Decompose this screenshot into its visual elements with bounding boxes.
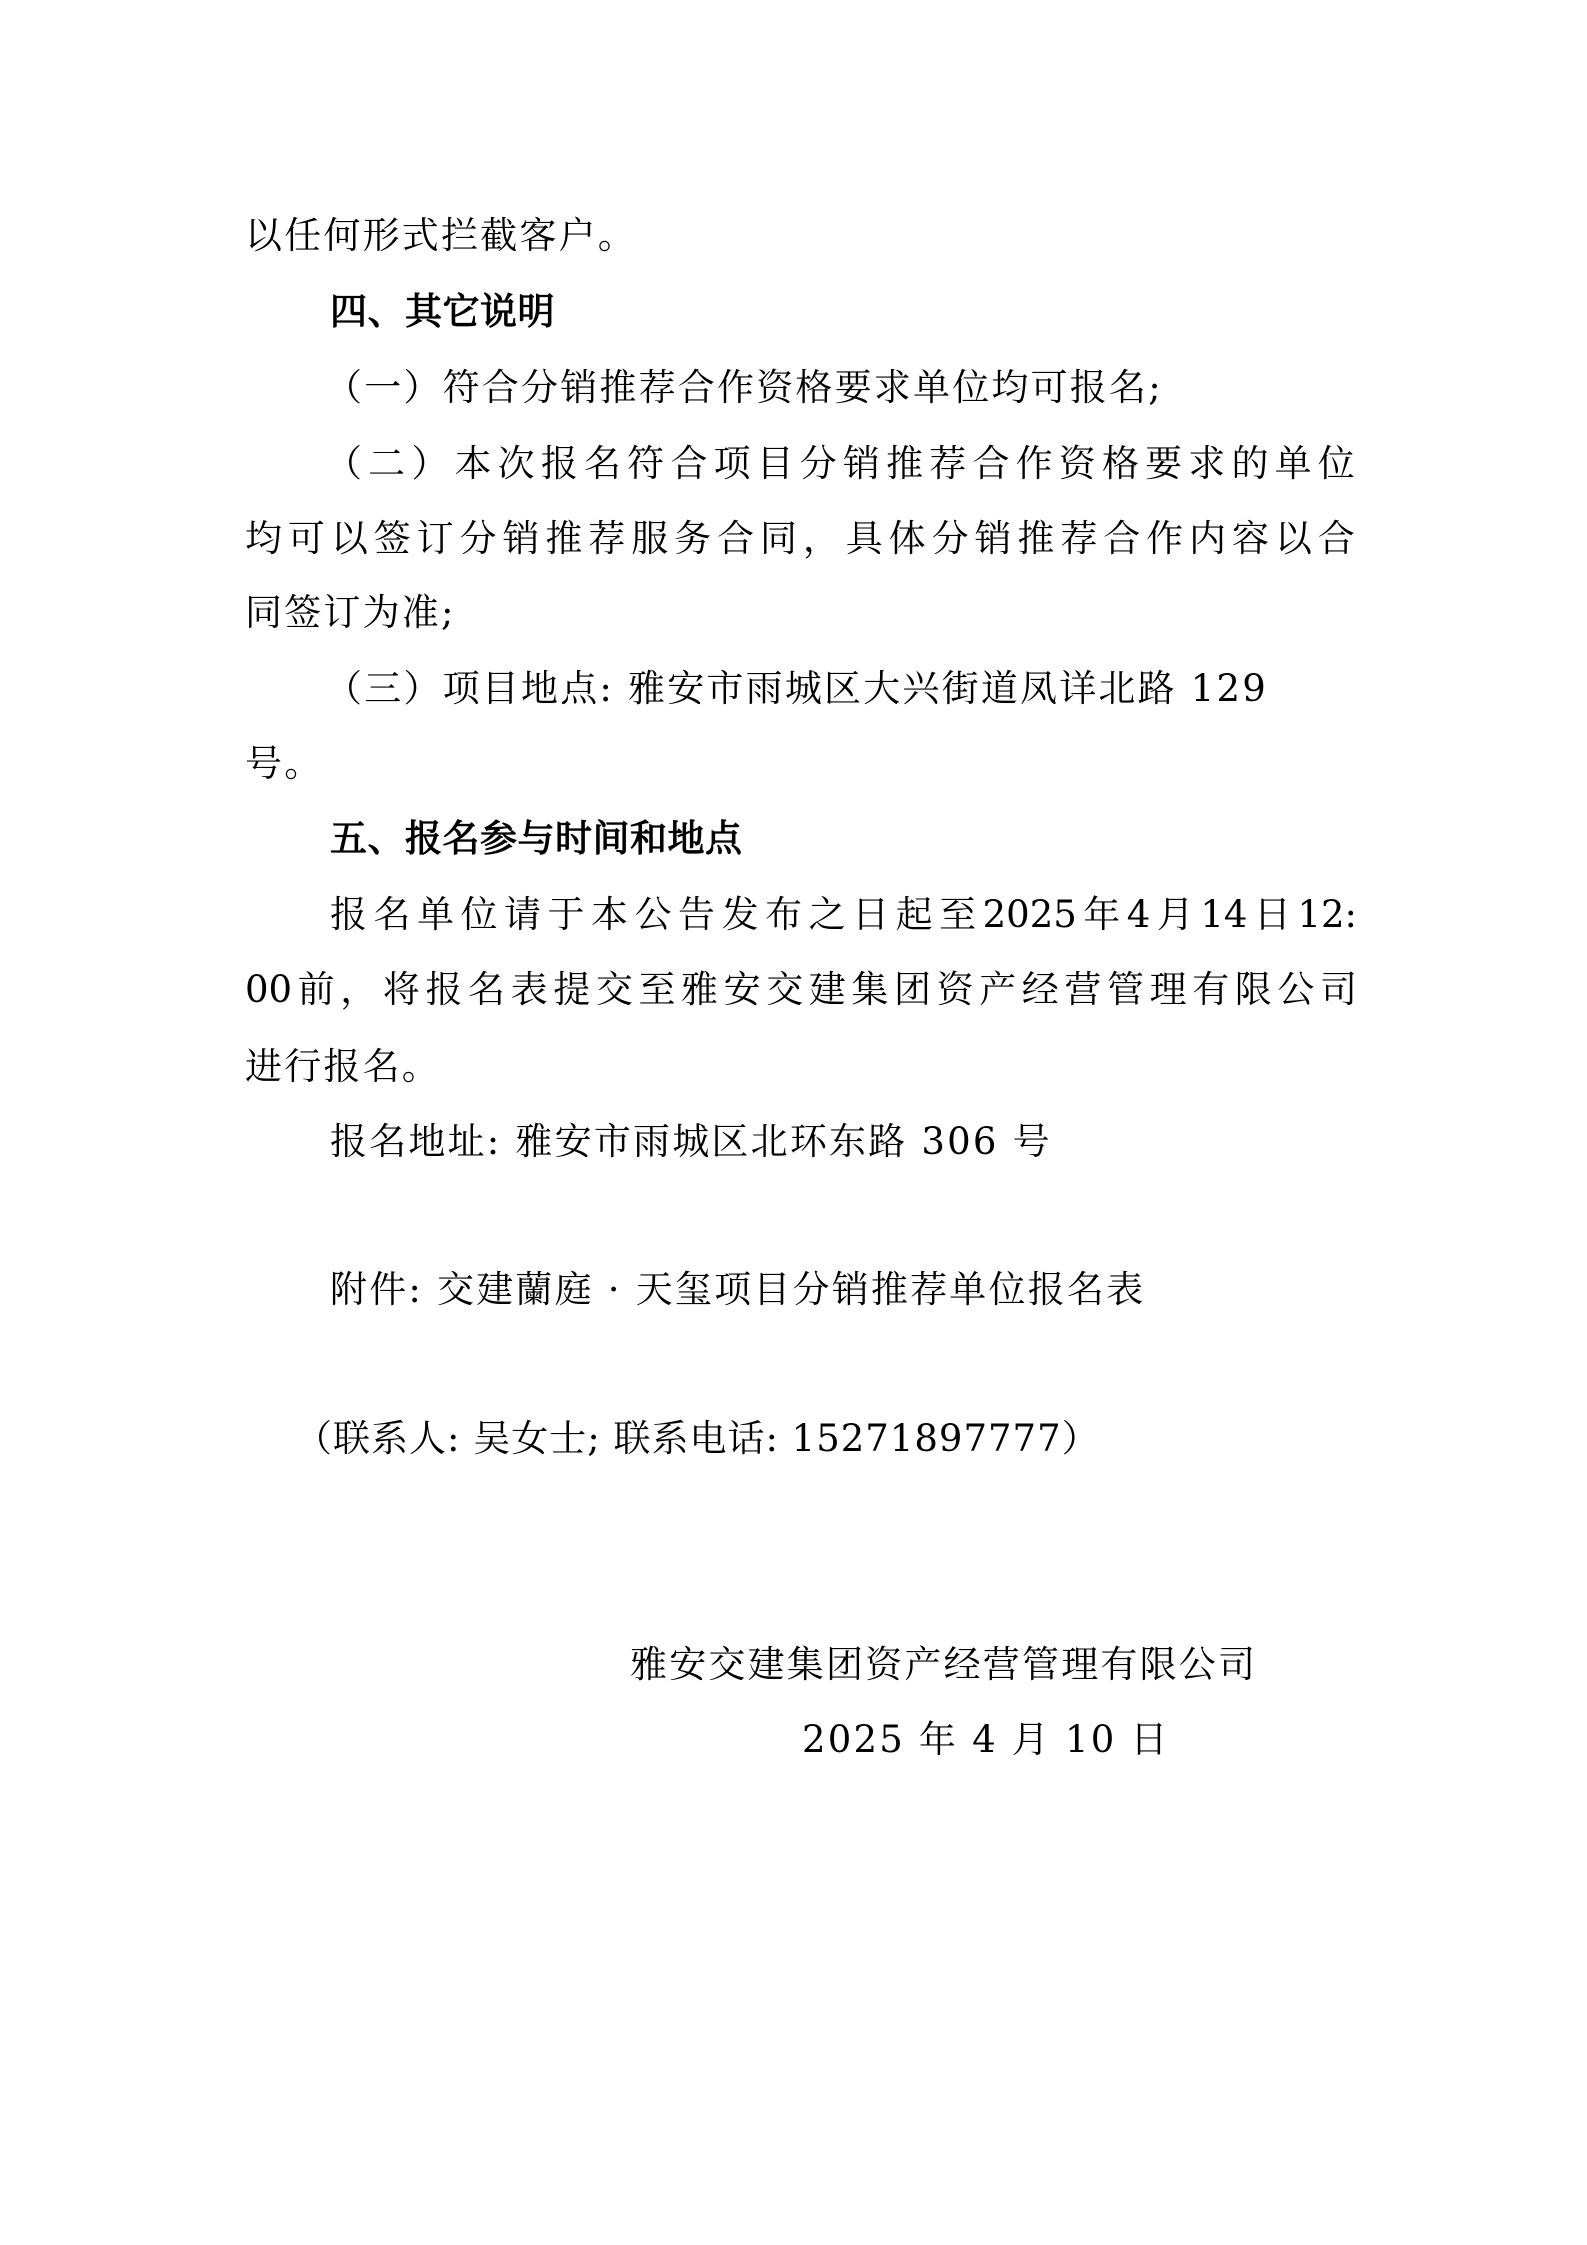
section-4-item-3-line-2: 号。 <box>245 742 323 786</box>
section-4-item-2-line-1: （二）本次报名符合项目分销推荐合作资格要求的单位 <box>325 442 1357 486</box>
signature-organization: 雅安交建集团资产经营管理有限公司 <box>630 1643 1257 1687</box>
continuation-text: 以任何形式拦截客户。 <box>245 214 637 258</box>
section-4-heading: 四、其它说明 <box>330 290 555 334</box>
section-4-item-3-line-1: （三）项目地点: 雅安市雨城区大兴街道凤详北路 129 <box>325 667 1268 711</box>
section-4-item-2-line-2: 均可以签订分销推荐服务合同，具体分销推荐合作内容以合 <box>245 517 1357 561</box>
registration-address: 报名地址: 雅安市雨城区北环东路 306 号 <box>330 1120 1052 1164</box>
section-4-item-1: （一）符合分销推荐合作资格要求单位均可报名; <box>325 366 1163 410</box>
section-5-para-line-2: 00前，将报名表提交至雅安交建集团资产经营管理有限公司 <box>245 968 1357 1012</box>
section-5-para-line-1: 报名单位请于本公告发布之日起至2025年4月14日12: <box>330 893 1357 937</box>
document-page: 以任何形式拦截客户。 四、其它说明 （一）符合分销推荐合作资格要求单位均可报名;… <box>0 0 1587 2245</box>
section-5-para-line-3: 进行报名。 <box>245 1045 441 1089</box>
signature-date: 2025 年 4 月 10 日 <box>802 1718 1170 1762</box>
attachment-line: 附件: 交建蘭庭 · 天玺项目分销推荐单位报名表 <box>330 1268 1145 1312</box>
section-5-heading: 五、报名参与时间和地点 <box>330 817 743 861</box>
section-4-item-2-line-3: 同签订为准; <box>245 591 456 635</box>
contact-line: （联系人: 吴女士; 联系电话: 15271897777） <box>295 1417 1100 1461</box>
